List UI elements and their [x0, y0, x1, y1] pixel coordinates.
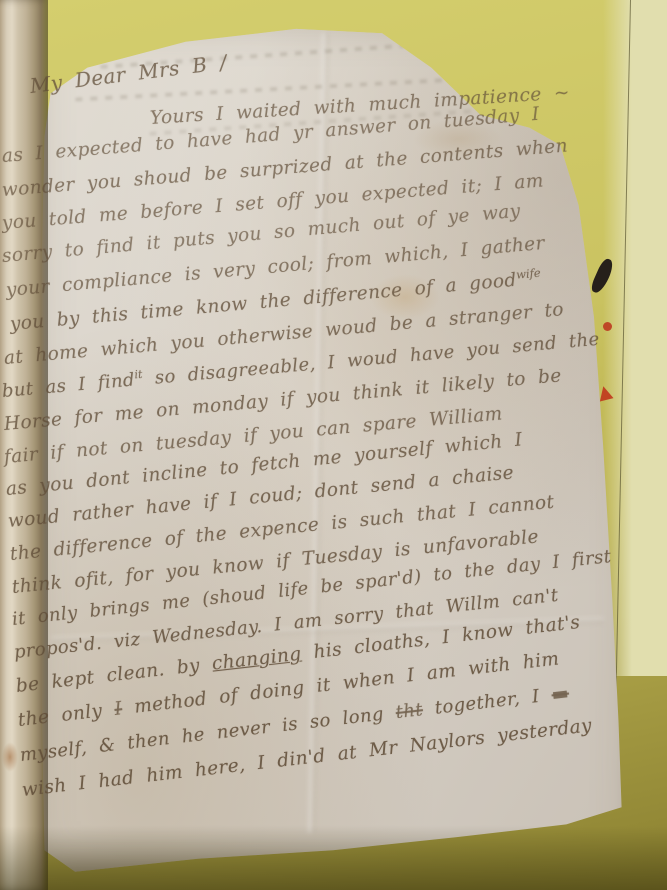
letter-segment-strike: tht — [395, 699, 424, 723]
letter-segment-sup: it — [134, 367, 143, 381]
letter-segment: the only — [17, 699, 116, 731]
letter-segment: but as I find — [1, 369, 136, 402]
letter-text: My Dear Mrs B /Yours I waited with much … — [0, 0, 667, 890]
bottom-shadow — [0, 826, 667, 890]
letter-segment-underline: changing — [211, 644, 303, 675]
letter-segment: My Dear Mrs B / — [29, 50, 229, 98]
letter-line: My Dear Mrs B / — [29, 50, 229, 98]
letter-segment-strike: ▬ — [550, 683, 570, 706]
letter-segment-sup: wife — [515, 265, 541, 281]
photo-of-handwritten-letter: My Dear Mrs B /Yours I waited with much … — [0, 0, 667, 890]
letter-segment: together, I — [422, 685, 553, 721]
